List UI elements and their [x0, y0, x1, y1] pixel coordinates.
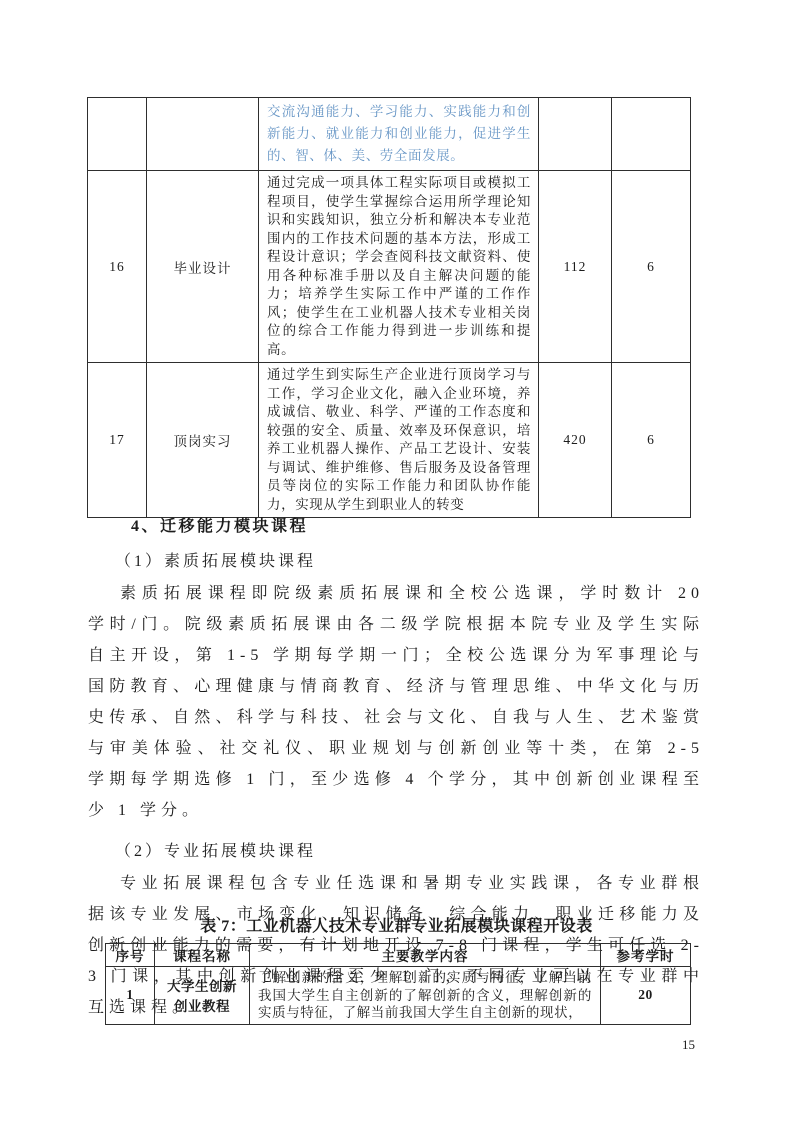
cell-credits: 6 [612, 363, 691, 518]
cell-reference-hours: 20 [601, 967, 691, 1025]
cell-credits-empty [612, 98, 691, 171]
course-module-table: 交流沟通能力、学习能力、实践能力和创新能力、就业能力和创业能力，促进学生的、智、… [87, 97, 691, 518]
cell-no: 17 [88, 363, 147, 518]
table7-header-row: 序号 课程名称 主要教学内容 参考学时 [106, 944, 691, 967]
subsection-2-heading: （2）专业拓展模块课程 [115, 838, 704, 861]
cell-hours-empty [539, 98, 612, 171]
cell-description: 通过完成一项具体工程实际项目或模拟工程项目，使学生掌握综合运用所学理论知识和实践… [259, 171, 539, 363]
cell-course-name: 顶岗实习 [147, 363, 259, 518]
subsection-1-heading: （1）素质拓展模块课程 [115, 548, 704, 571]
cell-hours: 420 [539, 363, 612, 518]
cell-description-continued: 交流沟通能力、学习能力、实践能力和创新能力、就业能力和创业能力，促进学生的、智、… [259, 98, 539, 171]
cell-hours: 112 [539, 171, 612, 363]
table-row-continued: 交流沟通能力、学习能力、实践能力和创新能力、就业能力和创业能力，促进学生的、智、… [88, 98, 691, 171]
cell-no-empty [88, 98, 147, 171]
header-course-name: 课程名称 [155, 944, 250, 967]
table7-course-offering: 序号 课程名称 主要教学内容 参考学时 1 大学生创新创业教程 了解创新的含义，… [105, 943, 691, 1025]
table-row: 16 毕业设计 通过完成一项具体工程实际项目或模拟工程项目，使学生掌握综合运用所… [88, 171, 691, 363]
header-reference-hours: 参考学时 [601, 944, 691, 967]
cell-teaching-content: 了解创新的含义，理解创新的实质与特征，了解当前我国大学生自主创新的了解创新的含义… [250, 967, 601, 1025]
paragraph-quality-expansion: 素质拓展课程即院级素质拓展课和全校公选课，学时数计 20 学时/门。院级素质拓展… [88, 578, 704, 826]
cell-no: 1 [106, 967, 155, 1025]
table7-caption: 表 7：工业机器人技术专业群专业拓展模块课程开设表 [0, 913, 793, 936]
cell-no: 16 [88, 171, 147, 363]
cell-course-name: 大学生创新创业教程 [155, 967, 250, 1025]
table-row: 17 顶岗实习 通过学生到实际生产企业进行顶岗学习与工作，学习企业文化，融入企业… [88, 363, 691, 518]
cell-name-empty [147, 98, 259, 171]
header-teaching-content: 主要教学内容 [250, 944, 601, 967]
document-page: { "page": { "number": "15", "accent_blue… [0, 0, 793, 1122]
cell-description: 通过学生到实际生产企业进行顶岗学习与工作，学习企业文化，融入企业环境，养成诚信、… [259, 363, 539, 518]
section-heading: 4、迁移能力模块课程 [131, 513, 704, 536]
page-number: 15 [682, 1037, 695, 1053]
cell-course-name: 毕业设计 [147, 171, 259, 363]
table-row: 1 大学生创新创业教程 了解创新的含义，理解创新的实质与特征，了解当前我国大学生… [106, 967, 691, 1025]
cell-credits: 6 [612, 171, 691, 363]
header-no: 序号 [106, 944, 155, 967]
